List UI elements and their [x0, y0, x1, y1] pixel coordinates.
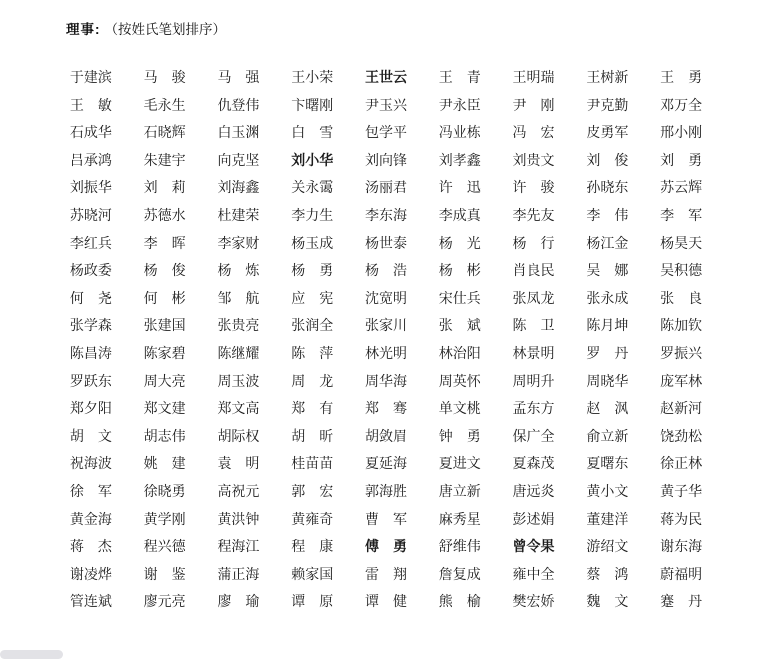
director-name: 杨 勇	[275, 257, 349, 285]
director-name: 刘 俊	[570, 147, 644, 175]
director-name: 雷 翔	[349, 561, 423, 589]
director-name: 张贵亮	[202, 312, 276, 340]
director-name: 刘 勇	[644, 147, 718, 175]
director-name: 李红兵	[54, 230, 128, 258]
director-name: 孟东方	[497, 395, 571, 423]
director-name: 黄金海	[54, 506, 128, 534]
section-title-note: （按姓氏笔划排序）	[105, 22, 227, 37]
director-name: 周晓华	[570, 368, 644, 396]
director-name: 张建国	[128, 312, 202, 340]
director-name: 曾令果	[497, 533, 571, 561]
director-name: 蔡 鸿	[570, 561, 644, 589]
director-name: 李力生	[275, 202, 349, 230]
director-name: 李东海	[349, 202, 423, 230]
director-name: 郭海胜	[349, 478, 423, 506]
director-name: 王明瑞	[497, 64, 571, 92]
director-name: 皮勇军	[570, 119, 644, 147]
director-name: 曹 军	[349, 506, 423, 534]
director-name: 刘向锋	[349, 147, 423, 175]
director-name: 赵新河	[644, 395, 718, 423]
director-name: 杨政委	[54, 257, 128, 285]
director-name: 朱建宇	[128, 147, 202, 175]
director-name: 谢凌烨	[54, 561, 128, 589]
director-name: 罗振兴	[644, 340, 718, 368]
director-name: 张 良	[644, 285, 718, 313]
director-name: 李家财	[202, 230, 276, 258]
director-name: 马 强	[202, 64, 276, 92]
director-name: 吴 娜	[570, 257, 644, 285]
director-name: 仇登伟	[202, 92, 276, 120]
director-name: 杜建荣	[202, 202, 276, 230]
director-name: 马 骏	[128, 64, 202, 92]
director-name: 孙晓东	[570, 174, 644, 202]
director-name: 蒋为民	[644, 506, 718, 534]
director-name: 李 军	[644, 202, 718, 230]
director-name: 李先友	[497, 202, 571, 230]
director-name: 尹永臣	[423, 92, 497, 120]
director-name: 林光明	[349, 340, 423, 368]
director-name: 黄学刚	[128, 506, 202, 534]
director-name: 蔚福明	[644, 561, 718, 589]
director-name: 陈昌涛	[54, 340, 128, 368]
director-name: 游绍文	[570, 533, 644, 561]
director-name: 李 晖	[128, 230, 202, 258]
director-name: 胡 昕	[275, 423, 349, 451]
director-name: 陈 卫	[497, 312, 571, 340]
director-name: 谢 鉴	[128, 561, 202, 589]
director-name: 张学森	[54, 312, 128, 340]
director-name: 陈月坤	[570, 312, 644, 340]
director-name: 傅 勇	[349, 533, 423, 561]
director-name: 许 骏	[497, 174, 571, 202]
section-title-label: 理事:	[66, 22, 101, 37]
director-name: 姚 建	[128, 450, 202, 478]
director-name: 王 青	[423, 64, 497, 92]
director-name: 祝海波	[54, 450, 128, 478]
director-name: 杨 俊	[128, 257, 202, 285]
director-name: 宋仕兵	[423, 285, 497, 313]
director-name: 刘小华	[275, 147, 349, 175]
director-name: 郑文高	[202, 395, 276, 423]
director-name: 尹玉兴	[349, 92, 423, 120]
director-name: 程 康	[275, 533, 349, 561]
director-name: 尹 刚	[497, 92, 571, 120]
director-name: 毛永生	[128, 92, 202, 120]
director-name: 赵 沨	[570, 395, 644, 423]
director-name: 林景明	[497, 340, 571, 368]
director-name: 郑夕阳	[54, 395, 128, 423]
director-name: 廖元亮	[128, 588, 202, 616]
director-name: 陈继耀	[202, 340, 276, 368]
director-name: 黄洪钟	[202, 506, 276, 534]
director-name: 舒维伟	[423, 533, 497, 561]
director-name: 周英怀	[423, 368, 497, 396]
director-name: 夏进文	[423, 450, 497, 478]
director-name: 周明升	[497, 368, 571, 396]
director-name: 关永霭	[275, 174, 349, 202]
director-name: 杨江金	[570, 230, 644, 258]
director-name: 杨 浩	[349, 257, 423, 285]
director-name: 王树新	[570, 64, 644, 92]
director-name: 何 尧	[54, 285, 128, 313]
director-name: 庞军林	[644, 368, 718, 396]
director-name: 唐远炎	[497, 478, 571, 506]
directors-grid: 于建滨马 骏马 强王小荣王世云王 青王明瑞王树新王 勇王 敏毛永生仇登伟卞曙刚尹…	[54, 64, 718, 616]
director-name: 董建洋	[570, 506, 644, 534]
director-name: 饶劲松	[644, 423, 718, 451]
director-name: 肖良民	[497, 257, 571, 285]
director-name: 袁 明	[202, 450, 276, 478]
director-name: 谭 健	[349, 588, 423, 616]
director-name: 陈 萍	[275, 340, 349, 368]
director-name: 詹复成	[423, 561, 497, 589]
director-name: 苏德水	[128, 202, 202, 230]
director-name: 刘孝鑫	[423, 147, 497, 175]
director-name: 胡 文	[54, 423, 128, 451]
director-name: 杨玉成	[275, 230, 349, 258]
director-name: 夏森茂	[497, 450, 571, 478]
director-name: 许 迅	[423, 174, 497, 202]
director-name: 向克坚	[202, 147, 276, 175]
director-name: 杨 行	[497, 230, 571, 258]
director-name: 苏云辉	[644, 174, 718, 202]
director-name: 杨世泰	[349, 230, 423, 258]
director-name: 高祝元	[202, 478, 276, 506]
director-name: 邢小刚	[644, 119, 718, 147]
director-name: 徐正林	[644, 450, 718, 478]
director-name: 邹 航	[202, 285, 276, 313]
director-name: 谭 原	[275, 588, 349, 616]
director-name: 蒋 杰	[54, 533, 128, 561]
director-name: 石晓辉	[128, 119, 202, 147]
director-name: 刘海鑫	[202, 174, 276, 202]
director-name: 汤丽君	[349, 174, 423, 202]
director-name: 王小荣	[275, 64, 349, 92]
director-name: 尹克勤	[570, 92, 644, 120]
director-name: 刘振华	[54, 174, 128, 202]
director-name: 王世云	[349, 64, 423, 92]
director-name: 郭 宏	[275, 478, 349, 506]
document-page: 理事:（按姓氏笔划排序） 于建滨马 骏马 强王小荣王世云王 青王明瑞王树新王 勇…	[0, 0, 767, 660]
director-name: 张润全	[275, 312, 349, 340]
director-name: 程海江	[202, 533, 276, 561]
director-name: 石成华	[54, 119, 128, 147]
director-name: 蒲正海	[202, 561, 276, 589]
director-name: 胡敛眉	[349, 423, 423, 451]
director-name: 熊 榆	[423, 588, 497, 616]
director-name: 刘 莉	[128, 174, 202, 202]
director-name: 保广全	[497, 423, 571, 451]
director-name: 王 敏	[54, 92, 128, 120]
horizontal-scrollbar-thumb[interactable]	[0, 650, 63, 659]
director-name: 包学平	[349, 119, 423, 147]
director-name: 桂苗苗	[275, 450, 349, 478]
director-name: 于建滨	[54, 64, 128, 92]
director-name: 赖家国	[275, 561, 349, 589]
director-name: 刘贵文	[497, 147, 571, 175]
director-name: 蹇 丹	[644, 588, 718, 616]
director-name: 李成真	[423, 202, 497, 230]
director-name: 徐 军	[54, 478, 128, 506]
director-name: 白玉渊	[202, 119, 276, 147]
director-name: 应 宪	[275, 285, 349, 313]
director-name: 郑文建	[128, 395, 202, 423]
director-name: 张凤龙	[497, 285, 571, 313]
director-name: 夏延海	[349, 450, 423, 478]
director-name: 林治阳	[423, 340, 497, 368]
director-name: 谢东海	[644, 533, 718, 561]
director-name: 何 彬	[128, 285, 202, 313]
director-name: 管连斌	[54, 588, 128, 616]
director-name: 冯 宏	[497, 119, 571, 147]
director-name: 周大亮	[128, 368, 202, 396]
director-name: 李 伟	[570, 202, 644, 230]
director-name: 杨 炼	[202, 257, 276, 285]
director-name: 杨 光	[423, 230, 497, 258]
director-name: 夏曙东	[570, 450, 644, 478]
director-name: 冯业栋	[423, 119, 497, 147]
director-name: 周 龙	[275, 368, 349, 396]
director-name: 张 斌	[423, 312, 497, 340]
director-name: 白 雪	[275, 119, 349, 147]
director-name: 沈宽明	[349, 285, 423, 313]
director-name: 黄雍奇	[275, 506, 349, 534]
director-name: 陈加钦	[644, 312, 718, 340]
section-title: 理事:（按姓氏笔划排序）	[66, 18, 226, 38]
director-name: 胡志伟	[128, 423, 202, 451]
director-name: 唐立新	[423, 478, 497, 506]
director-name: 郑 有	[275, 395, 349, 423]
director-name: 徐晓勇	[128, 478, 202, 506]
director-name: 苏晓河	[54, 202, 128, 230]
director-name: 樊宏娇	[497, 588, 571, 616]
director-name: 罗 丹	[570, 340, 644, 368]
director-name: 卞曙刚	[275, 92, 349, 120]
director-name: 廖 瑜	[202, 588, 276, 616]
director-name: 单文桃	[423, 395, 497, 423]
director-name: 张永成	[570, 285, 644, 313]
director-name: 陈家碧	[128, 340, 202, 368]
director-name: 周玉波	[202, 368, 276, 396]
director-name: 俞立新	[570, 423, 644, 451]
director-name: 魏 文	[570, 588, 644, 616]
director-name: 吕承鸿	[54, 147, 128, 175]
director-name: 杨昊天	[644, 230, 718, 258]
director-name: 邓万全	[644, 92, 718, 120]
director-name: 黄子华	[644, 478, 718, 506]
director-name: 雍中全	[497, 561, 571, 589]
director-name: 杨 彬	[423, 257, 497, 285]
director-name: 罗跃东	[54, 368, 128, 396]
director-name: 彭述娟	[497, 506, 571, 534]
director-name: 程兴德	[128, 533, 202, 561]
director-name: 麻秀星	[423, 506, 497, 534]
director-name: 黄小文	[570, 478, 644, 506]
director-name: 周华海	[349, 368, 423, 396]
director-name: 胡际权	[202, 423, 276, 451]
director-name: 王 勇	[644, 64, 718, 92]
director-name: 吴积德	[644, 257, 718, 285]
director-name: 郑 骞	[349, 395, 423, 423]
director-name: 张家川	[349, 312, 423, 340]
director-name: 钟 勇	[423, 423, 497, 451]
